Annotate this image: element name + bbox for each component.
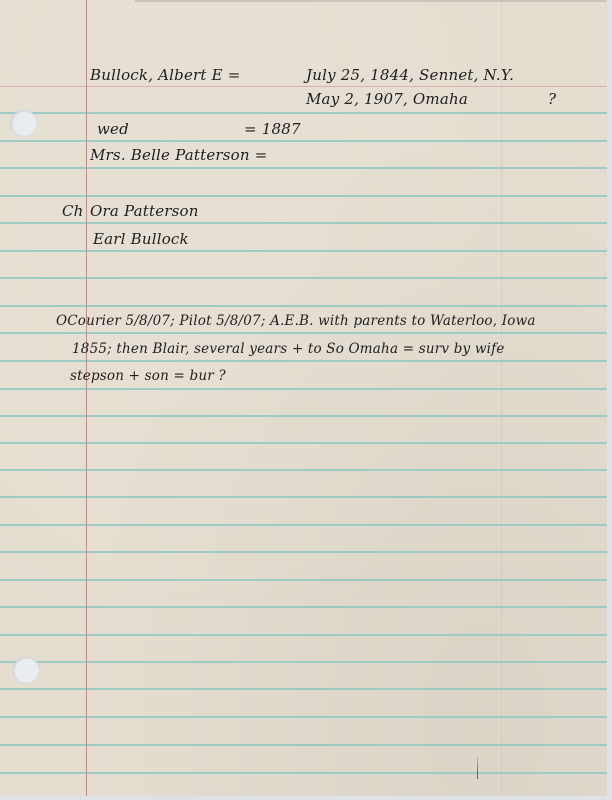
- rule-line: [0, 579, 607, 581]
- rule-line: [0, 772, 607, 774]
- entry-married-year: = 1887: [244, 120, 301, 138]
- rule-line: [0, 277, 607, 279]
- rule-line: [0, 634, 607, 636]
- rule-line: [0, 551, 607, 553]
- entry-death-query: ?: [548, 90, 556, 108]
- pencil-mark: [477, 757, 478, 779]
- rule-line: [0, 469, 607, 471]
- header-rule: [0, 86, 607, 87]
- entry-birth: July 25, 1844, Sennet, N.Y.: [306, 66, 514, 84]
- hole-punch-top: [11, 110, 37, 136]
- rule-line: [0, 442, 607, 444]
- entry-death: May 2, 1907, Omaha: [306, 90, 468, 108]
- rule-line: [0, 360, 607, 362]
- entry-child: Ora Patterson: [90, 202, 199, 220]
- rule-line: [0, 167, 607, 169]
- rule-line: [0, 112, 607, 114]
- note-line-1: OCourier 5/8/07; Pilot 5/8/07; A.E.B. wi…: [56, 313, 536, 329]
- lined-paper-page: Bullock, Albert E = July 25, 1844, Senne…: [0, 0, 607, 796]
- note-line-3: stepson + son = bur ?: [70, 368, 226, 384]
- rule-line: [0, 716, 607, 718]
- right-margin-line: [501, 0, 502, 796]
- rule-line: [0, 415, 607, 417]
- rule-line: [0, 332, 607, 334]
- page-top-edge: [135, 0, 607, 2]
- rule-line: [0, 524, 607, 526]
- rule-line: [0, 195, 607, 197]
- rule-line: [0, 250, 607, 252]
- rule-line: [0, 744, 607, 746]
- rule-line: [0, 140, 607, 142]
- hole-punch-bottom: [13, 657, 39, 683]
- rule-line: [0, 688, 607, 690]
- rule-line: [0, 222, 607, 224]
- rule-line: [0, 305, 607, 307]
- entry-name: Bullock, Albert E =: [90, 66, 241, 84]
- left-margin-line: [86, 0, 87, 796]
- entry-children-label: Ch: [62, 202, 84, 220]
- rule-line: [0, 661, 607, 663]
- rule-line: [0, 388, 607, 390]
- rule-line: [0, 606, 607, 608]
- note-line-2: 1855; then Blair, several years + to So …: [72, 341, 505, 357]
- entry-spouse: Mrs. Belle Patterson =: [90, 146, 268, 164]
- rule-line: [0, 496, 607, 498]
- entry-married-label: wed: [97, 120, 129, 138]
- entry-child: Earl Bullock: [93, 230, 189, 248]
